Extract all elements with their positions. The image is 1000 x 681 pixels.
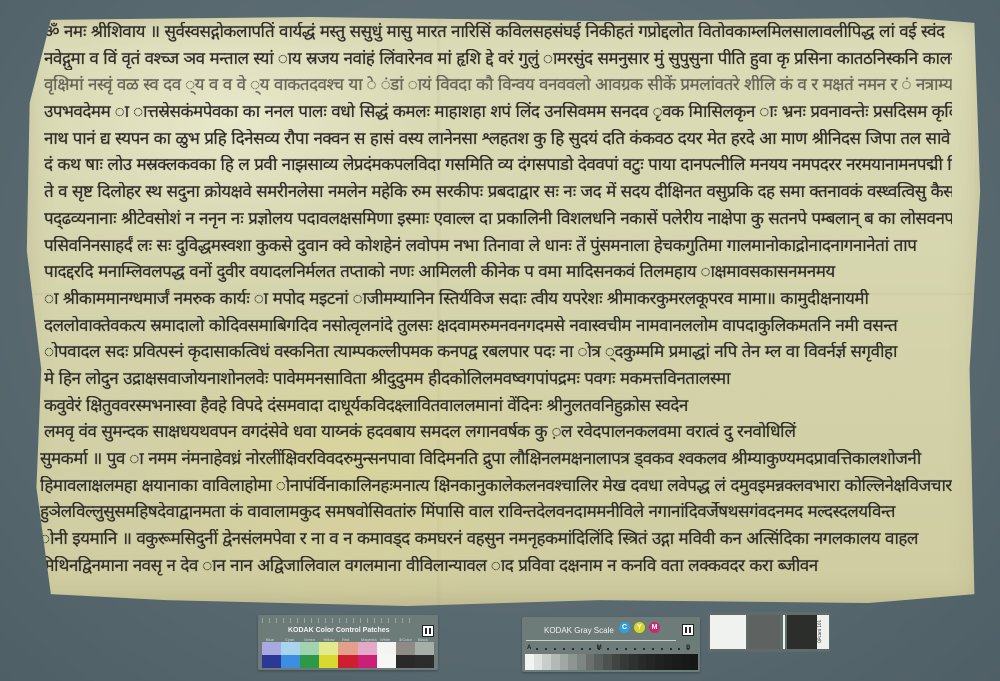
color-patch-light-3color — [396, 642, 415, 655]
qpcard-label-text: QPcard 101 — [817, 620, 822, 643]
gray-step-tick — [554, 648, 556, 650]
gray-step-tick — [634, 648, 636, 650]
manuscript-line: ोपवादल सदः प्रवित्पस्नं कृदासाकत्विधं वस… — [44, 342, 952, 363]
manuscript-line: ोनी इयमानि ॥ वकुरूमसिदुनीं द्वेनसंलमपेवा… — [40, 529, 952, 550]
kodak-logo-icon — [682, 624, 694, 636]
gray-step-tick — [616, 648, 618, 650]
gray-step-tick — [652, 648, 654, 650]
kodak-gray-scale-card: KODAK Gray Scale CYM AMB — [522, 617, 700, 672]
color-patch-dark-3color — [396, 655, 415, 668]
gray-step — [586, 654, 595, 670]
divider-line — [783, 615, 785, 649]
manuscript-line: पद्ढव्यनानाः श्रीटेवसोशं न ननृन नः प्रज्… — [44, 209, 952, 230]
reference-target: QPcard 101 — [708, 612, 830, 652]
gray-step-tick — [625, 648, 627, 650]
gray-step — [551, 654, 560, 670]
gray-step-tick — [661, 648, 663, 650]
color-patch-light-green — [300, 642, 319, 655]
manuscript-line: उपभवदेमम ा ात्तस्रेसकंमपेवका का ननल पालः… — [44, 102, 952, 123]
gray-step — [681, 654, 690, 670]
manuscript-line: मे हिन लोदुन उद्राक्षसवाजोयनाशोनलवेः पाव… — [44, 369, 952, 390]
gray-scale-steps — [525, 654, 698, 670]
gray-step-tick — [536, 648, 538, 650]
gray-step-tick — [598, 648, 600, 650]
cmy-dot-y: Y — [634, 622, 645, 633]
color-patch-light-yellow — [319, 642, 338, 655]
gray-step — [603, 654, 612, 670]
gray-step-tick — [545, 648, 547, 650]
manuscript-line: पादद्दरदि मनाम्लिवलपद्ध वनों दुवीर वयादल… — [44, 262, 952, 283]
gray-step-tick — [572, 648, 574, 650]
gray-step-tick — [670, 648, 672, 650]
kodak-color-control-card: KODAK Color Control Patches BlueCyanGree… — [258, 615, 438, 670]
gray-step — [534, 654, 543, 670]
gray-step — [620, 654, 629, 670]
gray-step-tick — [581, 648, 583, 650]
gray-step — [638, 654, 647, 670]
gray-step-tick — [563, 648, 565, 650]
color-patch-light-red — [338, 642, 357, 655]
gray-step — [568, 654, 577, 670]
manuscript-line: दललोवाक्तेवकत्य स्रमादालो कोदिवसमाबिगदिव… — [44, 316, 952, 337]
color-patch-light-white — [377, 642, 396, 655]
manuscript-line: दं कथ षाः लोउ मस्रक्लकवका हि ल प्रवी नाझ… — [44, 155, 952, 176]
gray-step — [594, 654, 603, 670]
manuscript-line: सुमकर्मा ॥ पुव ा नमम नंमनाहेवध्रं नोरलीं… — [40, 449, 952, 470]
color-patch-light-blue — [262, 642, 281, 655]
gray-step-marker-a: A — [527, 645, 531, 651]
gray-step — [646, 654, 655, 670]
gray-step — [612, 654, 621, 670]
color-patch-dark-blue — [262, 655, 281, 668]
color-patches-dark — [262, 655, 434, 668]
manuscript-line: वृक्षिमां नस्वृं वळ स्व दव ्य व व वे ्य … — [44, 75, 952, 96]
gray-step-tick — [687, 648, 689, 650]
color-patch-dark-magenta — [358, 655, 377, 668]
gray-step-tick — [589, 648, 591, 650]
gray-step — [577, 654, 586, 670]
qpcard-label: QPcard 101 — [817, 615, 829, 649]
manuscript-line: नाथ पानं द्य स्यपन का ळुभ प्रहि दिनेसव्य… — [44, 129, 952, 150]
manuscript-page: ॐ नमः श्रीशिवाय ॥ सुर्वस्वसद्गोकलापतिं व… — [22, 14, 984, 606]
gray-step-tick — [643, 648, 645, 650]
gray-card-title: KODAK Gray Scale — [544, 626, 614, 635]
cmy-dot-m: M — [649, 622, 660, 633]
color-card-title: KODAK Color Control Patches — [288, 627, 390, 634]
color-patch-light-magenta — [358, 642, 377, 655]
gray-step — [655, 654, 664, 670]
white-reference-swatch — [710, 615, 746, 649]
gray-step-tick — [607, 648, 609, 650]
gray-step — [560, 654, 569, 670]
color-patch-dark-red — [338, 655, 357, 668]
manuscript-line: हिमावलाक्षलमहा क्षयानाका वाविलाहोमा ोनाप… — [40, 476, 952, 497]
manuscript-line: ते व सृष्ट दिलोहर स्थ सदुना क्रोयक्षवे स… — [44, 182, 952, 203]
gray-card-rule — [526, 640, 676, 641]
cmy-dot-c: C — [619, 622, 630, 633]
manuscript-line: कवुवेरं क्षितुववरस्मभनास्वा हैवहे विपदे … — [44, 396, 952, 417]
manuscript-line: ॐ नमः श्रीशिवाय ॥ सुर्वस्वसद्गोकलापतिं व… — [44, 22, 952, 43]
manuscript-line: लमवृ वंव सुमन्दक साक्षधयथवपन वगदंसेवे धव… — [44, 422, 952, 443]
manuscript-line: ा श्रीकाममानग्धमार्जं नमरुक कार्यः ा मपो… — [44, 289, 952, 310]
gray-step — [629, 654, 638, 670]
gray-step — [542, 654, 551, 670]
gray-step — [525, 654, 534, 670]
gray-step — [689, 654, 698, 670]
gray-step — [664, 654, 673, 670]
gray-step-tick — [678, 648, 680, 650]
manuscript-line: पसिवनिनसाहर्दं लः सः दुविद्धमस्वशा कुकसे… — [44, 236, 952, 257]
color-patch-dark-green — [300, 655, 319, 668]
gray-reference-swatch — [748, 615, 780, 649]
color-patch-dark-black — [415, 655, 434, 668]
manuscript-line: हुञेलविल्लुसुसमहिषदेवाद्वानमता कं वावाला… — [40, 502, 952, 523]
black-reference-swatch — [787, 615, 817, 649]
color-patch-dark-cyan — [281, 655, 300, 668]
color-patch-dark-yellow — [319, 655, 338, 668]
manuscript-line: मिथिनद्विनमाना नवसृ न देव ान नान अद्विजा… — [40, 556, 952, 577]
kodak-logo-icon — [422, 625, 434, 637]
color-patch-dark-white — [377, 655, 396, 668]
color-patch-light-cyan — [281, 642, 300, 655]
color-patch-light-black — [415, 642, 434, 655]
color-card-ruler — [262, 618, 412, 623]
color-patches-light — [262, 642, 434, 655]
gray-step — [672, 654, 681, 670]
manuscript-line: नवेद्गुमा व विं वृतं वश्च्ज ञव मन्ताल स्… — [44, 49, 952, 70]
